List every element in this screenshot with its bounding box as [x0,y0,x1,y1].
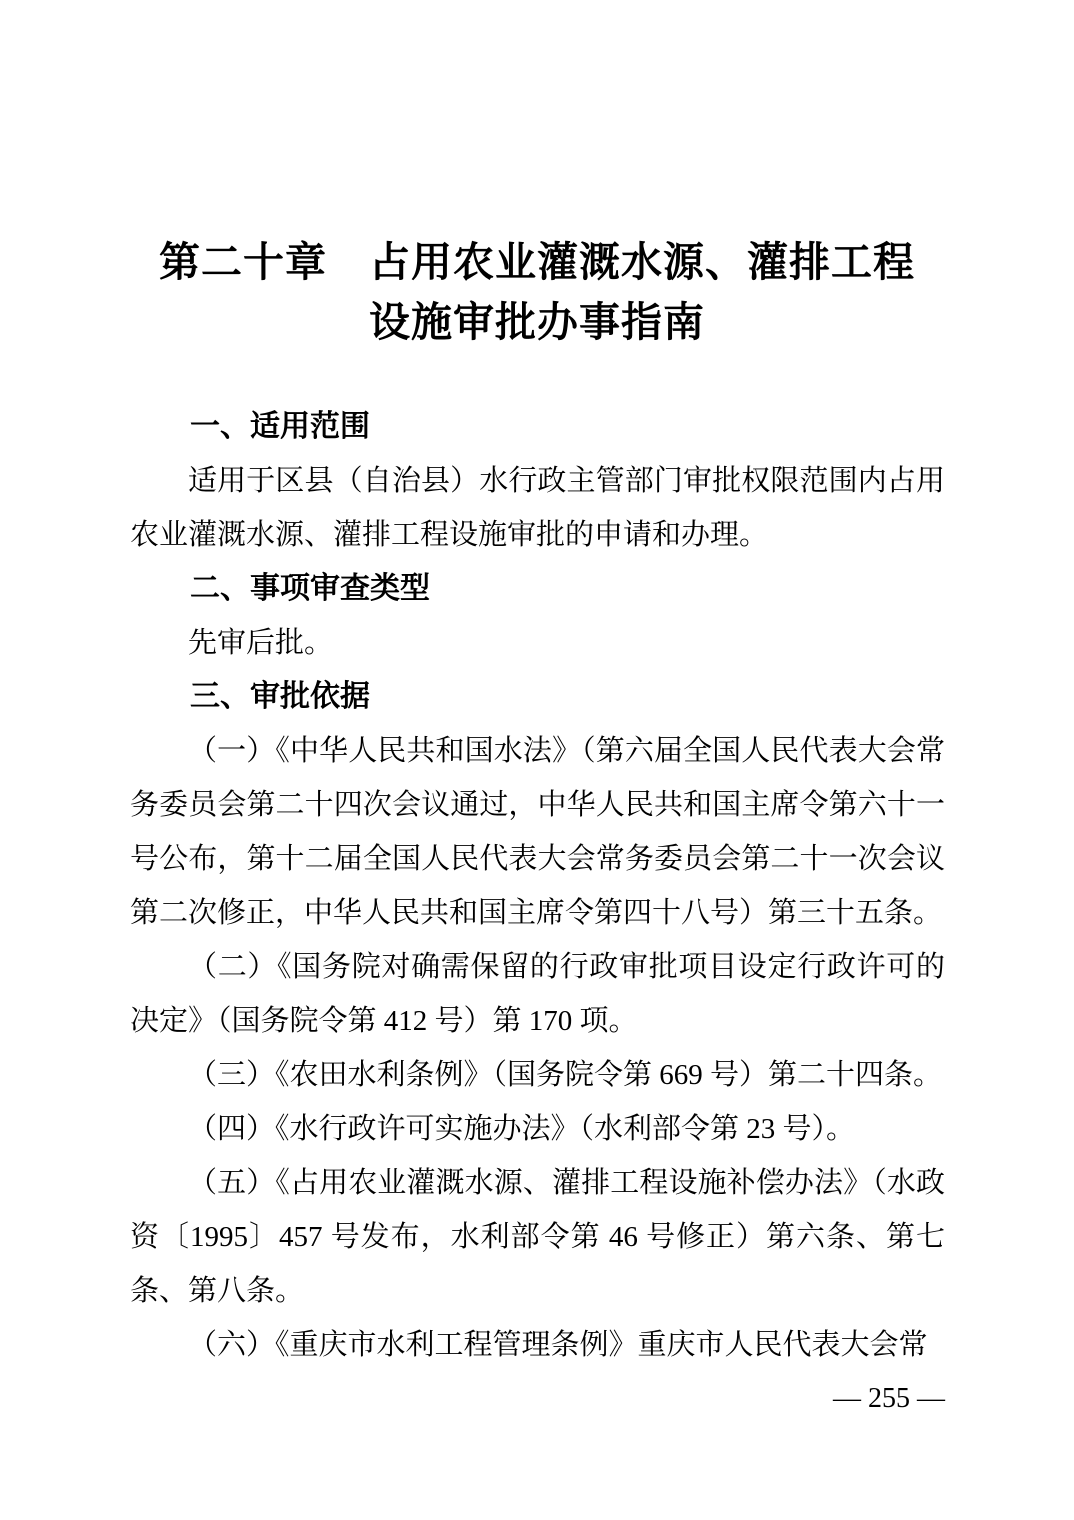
document-page: 第二十章 占用农业灌溉水源、灌排工程 设施审批办事指南 一、适用范围 适用于区县… [0,0,1074,1520]
legal-basis-item-3: （三）《农田水利条例》（国务院令第 669 号）第二十四条。 [130,1048,945,1102]
legal-basis-item-2: （二）《国务院对确需保留的行政审批项目设定行政许可的决定》（国务院令第 412 … [130,940,945,1048]
legal-basis-item-5: （五）《占用农业灌溉水源、灌排工程设施补偿办法》（水政资〔1995〕457 号发… [130,1156,945,1318]
section-heading-applicable-scope: 一、适用范围 [130,400,945,454]
document-body: 一、适用范围 适用于区县（自治县）水行政主管部门审批权限范围内占用农业灌溉水源、… [130,400,945,1372]
page-number: — 255 — [833,1383,945,1414]
legal-basis-item-6: （六）《重庆市水利工程管理条例》重庆市人民代表大会常 [130,1318,945,1372]
chapter-title-line-1: 第二十章 占用农业灌溉水源、灌排工程 [0,232,1074,292]
section-heading-approval-basis: 三、审批依据 [130,670,945,724]
legal-basis-item-1: （一）《中华人民共和国水法》（第六届全国人民代表大会常务委员会第二十四次会议通过… [130,724,945,940]
chapter-title: 第二十章 占用农业灌溉水源、灌排工程 设施审批办事指南 [0,232,1074,352]
paragraph-applicable-scope: 适用于区县（自治县）水行政主管部门审批权限范围内占用农业灌溉水源、灌排工程设施审… [130,454,945,562]
chapter-title-line-2: 设施审批办事指南 [0,292,1074,352]
paragraph-review-type: 先审后批。 [130,616,945,670]
section-heading-review-type: 二、事项审查类型 [130,562,945,616]
legal-basis-item-4: （四）《水行政许可实施办法》（水利部令第 23 号）。 [130,1102,945,1156]
page-footer: — 255 — [130,1372,945,1426]
